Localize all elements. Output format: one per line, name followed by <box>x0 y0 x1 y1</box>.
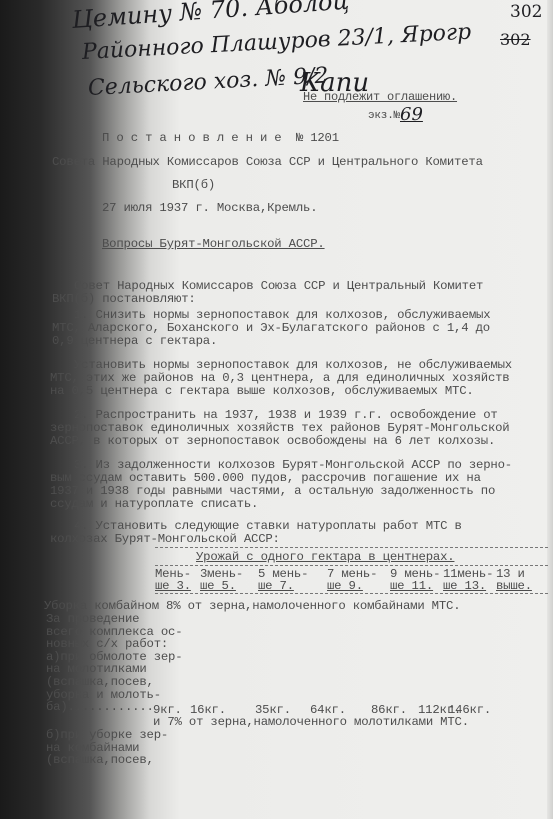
column-heading: ше 11. <box>390 579 433 593</box>
p2-line-2: зернопоставок единоличных хозяйств тех р… <box>50 421 509 435</box>
table-columns-rule <box>155 593 548 594</box>
preamble-2: ВКП(б) постановляют: <box>52 292 196 306</box>
page-edge <box>547 0 553 819</box>
p3-line-3: 1937 и 1938 годы равными частями, а оста… <box>50 484 495 498</box>
p3-line-1: 3. Из задолженности колхозов Бурят-Монго… <box>74 458 512 472</box>
archive-page-number-crossed: 302 <box>500 30 531 49</box>
table-top-rule <box>155 547 548 548</box>
p4-line-1: 4. Установить следующие ставки натуропла… <box>74 519 462 533</box>
p1b-line-1: Установить нормы зернопоставок для колхо… <box>74 358 512 372</box>
date-place: 27 июля 1937 г. Москва,Кремль. <box>102 201 317 215</box>
row-label-line: ба)............ <box>46 700 154 714</box>
issuer-line-1: Совета Народных Комиссаров Союза ССР и Ц… <box>52 155 483 169</box>
p2-line-1: 2. Распространить на 1937, 1938 и 1939 г… <box>74 408 498 422</box>
issuer-line-2: ВКП(б) <box>172 178 215 192</box>
p1-line-3: 0,9 центнера с гектара. <box>52 334 217 348</box>
preamble-1: Совет Народных Комиссаров Союза ССР и Це… <box>74 279 483 293</box>
complex-works-note: и 7% от зерна,намолоченного молотилками … <box>153 715 469 729</box>
p1-line-1: 1. Снизить нормы зернопоставок для колхо… <box>74 308 490 322</box>
document-page: Цемину № 70. Аболоц Районного Плашуров 2… <box>0 0 553 819</box>
column-heading: ше 5. <box>200 579 236 593</box>
column-heading: ше 13. <box>443 579 486 593</box>
restriction-stamp: Не подлежит оглашению. <box>303 90 457 104</box>
p1-line-2: МТС, Аларского, Боханского и Эх-Булагатс… <box>52 321 490 335</box>
copy-label: экз.№ <box>368 110 400 122</box>
column-heading: ше 9. <box>327 579 363 593</box>
p1b-line-2: МТС, этих же районов на 0,3 центнера, а … <box>50 371 509 385</box>
table-header: Урожай с одного гектара в центнерах. <box>196 550 454 564</box>
p1b-line-3: на 0,5 центнера с гектара выше колхозов,… <box>50 384 474 398</box>
p4-line-2: колхозах Бурят-Монгольской АССР: <box>50 532 280 546</box>
column-heading: ше 7. <box>258 579 294 593</box>
p2-line-3: АССР, в которых от зернопоставок освобож… <box>50 434 495 448</box>
p3-line-2: вым ссудам оставить 500.000 пудов, расср… <box>50 471 481 485</box>
column-heading: выше. <box>496 579 532 593</box>
p3-line-4: ссудам и натуроплате списать. <box>50 497 258 511</box>
table-header-rule <box>155 565 548 566</box>
copy-number: 69 <box>400 104 423 125</box>
document-title: П о с т а н о в л е н и е № 1201 <box>102 131 339 145</box>
combine-row: Уборка комбайном 8% от зерна,намолоченно… <box>44 599 460 613</box>
subject-heading: Вопросы Бурят-Монгольской АССР. <box>102 237 325 251</box>
handwritten-line-3: Сельского хоз. № 9/2 <box>87 63 329 101</box>
archive-page-number: 302 <box>510 2 542 22</box>
row-label-line: (вспашка,посев, <box>46 753 154 767</box>
column-heading: ше 3. <box>155 579 191 593</box>
